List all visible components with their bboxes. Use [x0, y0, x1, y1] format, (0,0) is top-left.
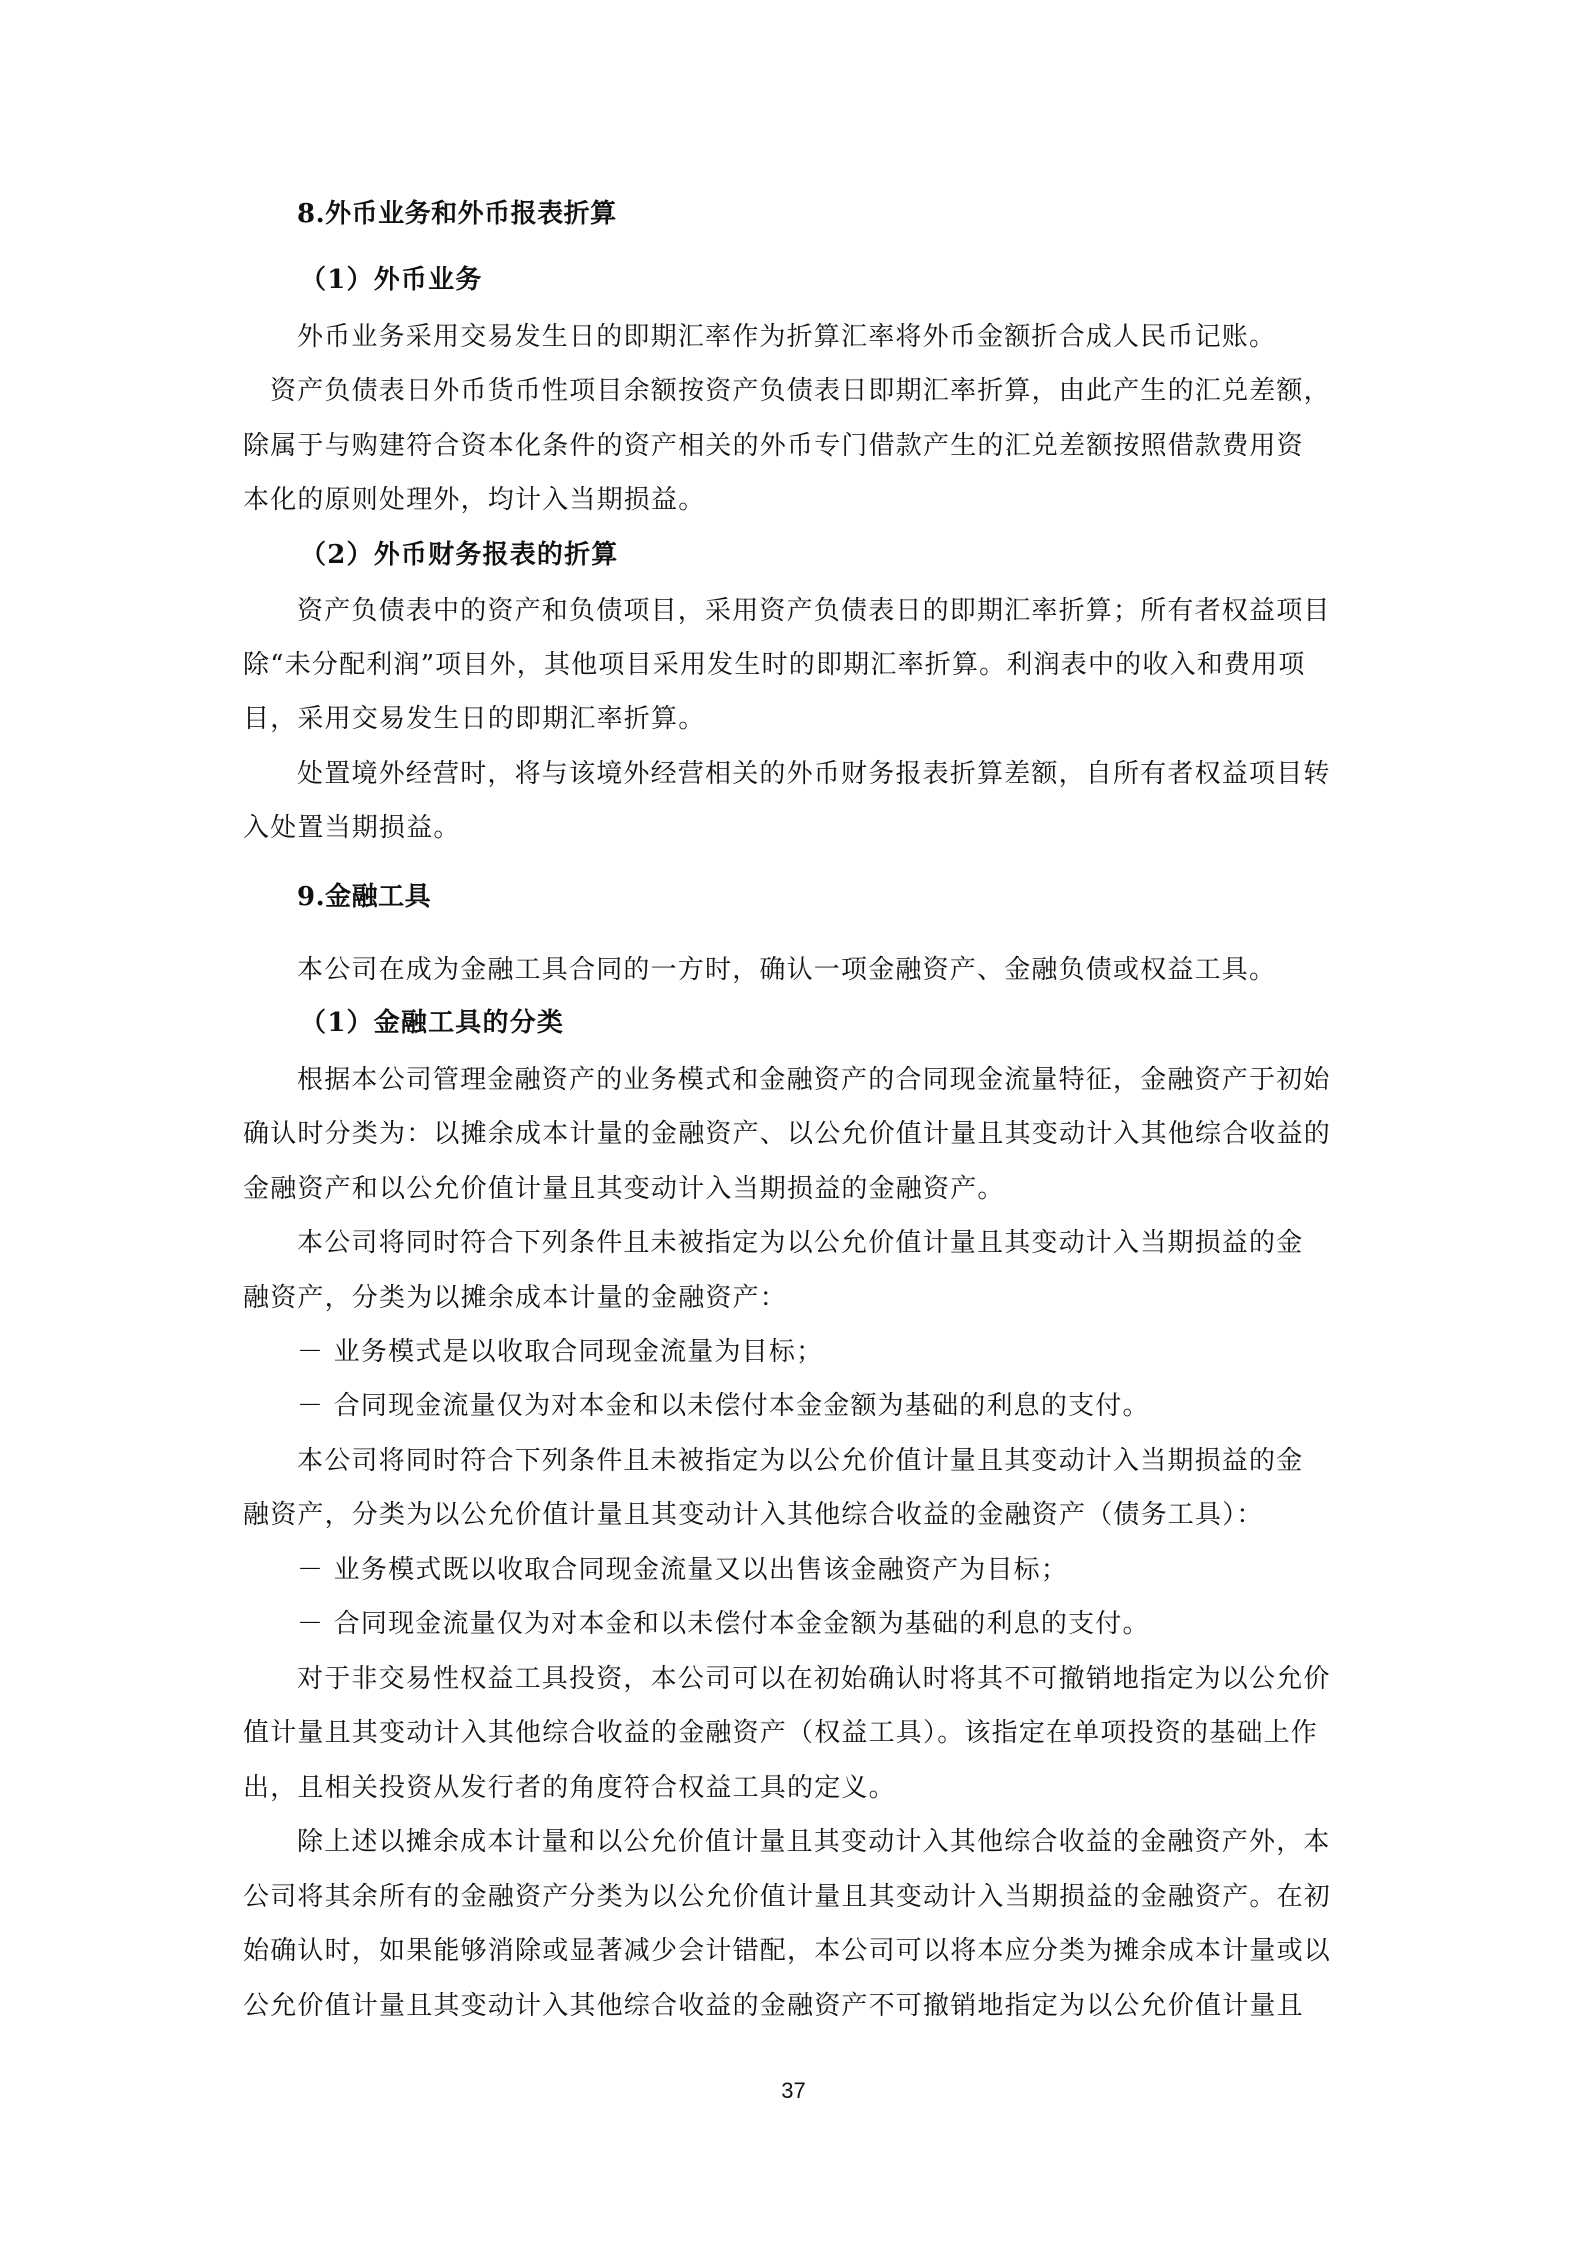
- section-heading-8: 8.外币业务和外币报表折算: [297, 199, 1402, 229]
- subsection-heading-8-2: （2）外币财务报表的折算: [300, 540, 1405, 570]
- paragraph-line: 金融资产和以公允价值计量且其变动计入当期损益的金融资产。: [243, 1174, 1348, 1204]
- paragraph-line: 本公司将同时符合下列条件且未被指定为以公允价值计量且其变动计入当期损益的金: [297, 1228, 1402, 1258]
- paragraph-line: 资产负债表日外币货币性项目余额按资产负债表日即期汇率折算，由此产生的汇兑差额，: [270, 376, 1375, 406]
- paragraph-line: 公允价值计量且其变动计入其他综合收益的金融资产不可撤销地指定为以公允价值计量且: [243, 1991, 1348, 2021]
- paragraph-line: 融资产，分类为以摊余成本计量的金融资产：: [243, 1283, 1348, 1313]
- subsection-heading-9-1: （1）金融工具的分类: [300, 1008, 1405, 1038]
- paragraph-line: 外币业务采用交易发生日的即期汇率作为折算汇率将外币金额折合成人民币记账。: [297, 322, 1402, 352]
- paragraph-line: 公司将其余所有的金融资产分类为以公允价值计量且其变动计入当期损益的金融资产。在初: [243, 1882, 1348, 1912]
- page-number: 37: [0, 2078, 1587, 2104]
- paragraph-line: 本化的原则处理外，均计入当期损益。: [243, 485, 1348, 515]
- bullet-item: － 合同现金流量仅为对本金和以未偿付本金金额为基础的利息的支付。: [297, 1609, 1402, 1639]
- paragraph-line: 本公司将同时符合下列条件且未被指定为以公允价值计量且其变动计入当期损益的金: [297, 1446, 1402, 1476]
- paragraph-line: 资产负债表中的资产和负债项目，采用资产负债表日的即期汇率折算；所有者权益项目: [297, 596, 1402, 626]
- paragraph-line: 值计量且其变动计入其他综合收益的金融资产（权益工具）。该指定在单项投资的基础上作: [243, 1718, 1348, 1748]
- paragraph-line: 根据本公司管理金融资产的业务模式和金融资产的合同现金流量特征，金融资产于初始: [297, 1065, 1402, 1095]
- paragraph-line: 入处置当期损益。: [243, 813, 1348, 843]
- paragraph-line: 除“未分配利润”项目外，其他项目采用发生时的即期汇率折算。利润表中的收入和费用项: [243, 650, 1348, 680]
- paragraph-line: 对于非交易性权益工具投资，本公司可以在初始确认时将其不可撤销地指定为以公允价: [297, 1664, 1402, 1694]
- paragraph-line: 融资产，分类为以公允价值计量且其变动计入其他综合收益的金融资产（债务工具）：: [243, 1500, 1348, 1530]
- paragraph-line: 除属于与购建符合资本化条件的资产相关的外币专门借款产生的汇兑差额按照借款费用资: [243, 431, 1348, 461]
- subsection-heading-8-1: （1）外币业务: [300, 265, 1405, 295]
- bullet-item: － 业务模式既以收取合同现金流量又以出售该金融资产为目标；: [297, 1555, 1402, 1585]
- section-heading-9: 9.金融工具: [297, 882, 1402, 912]
- bullet-item: － 合同现金流量仅为对本金和以未偿付本金金额为基础的利息的支付。: [297, 1391, 1402, 1421]
- paragraph-line: 始确认时，如果能够消除或显著减少会计错配，本公司可以将本应分类为摊余成本计量或以: [243, 1936, 1348, 1966]
- paragraph-line: 除上述以摊余成本计量和以公允价值计量且其变动计入其他综合收益的金融资产外，本: [297, 1827, 1402, 1857]
- paragraph-line: 处置境外经营时，将与该境外经营相关的外币财务报表折算差额，自所有者权益项目转: [297, 759, 1402, 789]
- paragraph-line: 确认时分类为：以摊余成本计量的金融资产、以公允价值计量且其变动计入其他综合收益的: [243, 1119, 1348, 1149]
- paragraph-line: 目，采用交易发生日的即期汇率折算。: [243, 704, 1348, 734]
- paragraph-line: 出，且相关投资从发行者的角度符合权益工具的定义。: [243, 1773, 1348, 1803]
- bullet-item: － 业务模式是以收取合同现金流量为目标；: [297, 1337, 1402, 1367]
- document-page: 8.外币业务和外币报表折算 （1）外币业务 外币业务采用交易发生日的即期汇率作为…: [0, 0, 1587, 2245]
- paragraph-line: 本公司在成为金融工具合同的一方时，确认一项金融资产、金融负债或权益工具。: [297, 955, 1402, 985]
